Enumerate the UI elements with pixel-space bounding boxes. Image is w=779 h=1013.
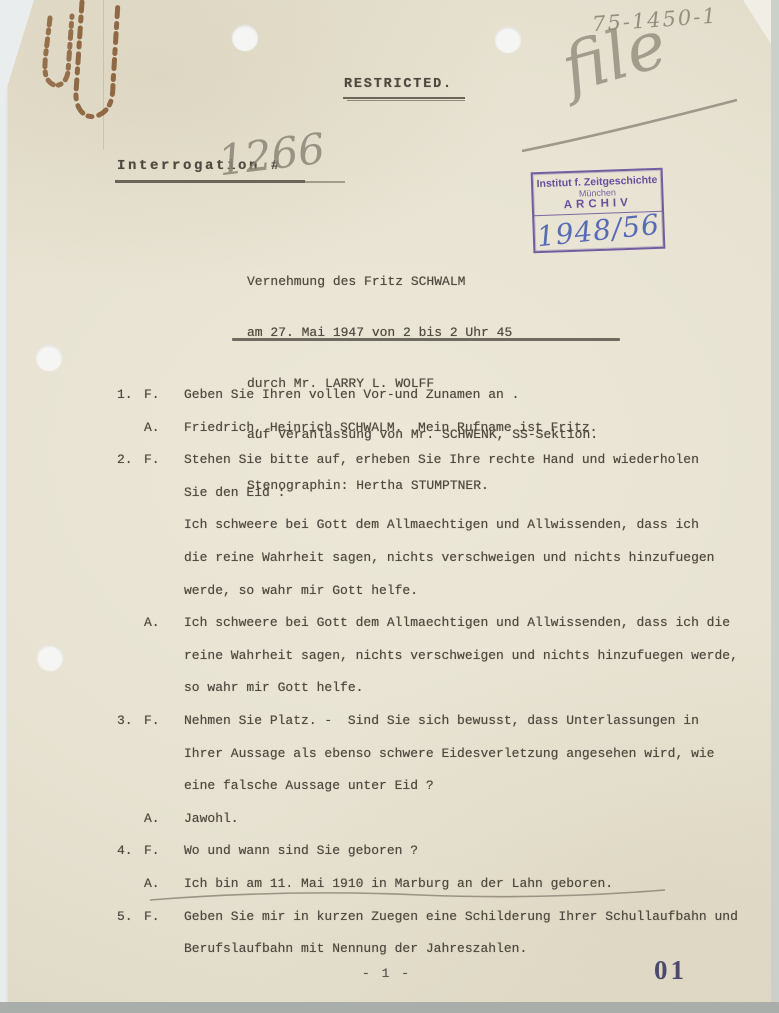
question-number: 2.: [117, 452, 133, 467]
qa-row: werde, so wahr mir Gott helfe.: [0, 577, 779, 610]
header-divider: [232, 338, 620, 341]
line-text: Friedrich, Heinrich SCHWALM. Mein Rufnam…: [184, 420, 597, 435]
qa-row: A.Ich bin am 11. Mai 1910 in Marburg an …: [0, 870, 779, 903]
qa-row: 2.F.Stehen Sie bitte auf, erheben Sie Ih…: [0, 446, 779, 479]
qa-row: eine falsche Aussage unter Eid ?: [0, 772, 779, 805]
qa-row: Ihrer Aussage als ebenso schwere Eidesve…: [0, 740, 779, 773]
qa-row: 5.F.Geben Sie mir in kurzen Zuegen eine …: [0, 903, 779, 936]
line-text: eine falsche Aussage unter Eid ?: [184, 778, 434, 793]
speaker-label: A.: [144, 615, 160, 630]
punch-hole-side-upper: [36, 345, 62, 371]
speaker-label: F.: [144, 713, 160, 728]
scan-background: RESTRICTED. 75-1450-1 file Interrogation…: [0, 0, 779, 1013]
interrogation-underline: [115, 180, 305, 183]
question-number: 3.: [117, 713, 133, 728]
speaker-label: A.: [144, 811, 160, 826]
line-text: Geben Sie Ihren vollen Vor-und Zunamen a…: [184, 387, 519, 402]
classification-underline: [343, 97, 465, 99]
qa-row: A.Ich schweere bei Gott dem Allmaechtige…: [0, 609, 779, 642]
question-number: 4.: [117, 843, 133, 858]
line-text: Jawohl.: [184, 811, 239, 826]
speaker-label: F.: [144, 452, 160, 467]
qa-row: reine Wahrheit sagen, nichts verschweige…: [0, 642, 779, 675]
case-header-line: Vernehmung des Fritz SCHWALM: [247, 273, 598, 290]
qa-row: 3.F.Nehmen Sie Platz. - Sind Sie sich be…: [0, 707, 779, 740]
speaker-label: F.: [144, 387, 160, 402]
page-stamp-number: 01: [654, 955, 687, 986]
speaker-label: F.: [144, 843, 160, 858]
line-text: die reine Wahrheit sagen, nichts verschw…: [184, 550, 715, 565]
classification-header: RESTRICTED.: [344, 77, 453, 92]
line-text: Geben Sie mir in kurzen Zuegen eine Schi…: [184, 909, 738, 924]
qa-row: A.Jawohl.: [0, 805, 779, 838]
line-text: Ich bin am 11. Mai 1910 in Marburg an de…: [184, 876, 613, 891]
line-text: so wahr mir Gott helfe.: [184, 680, 363, 695]
line-text: Ich schweere bei Gott dem Allmaechtigen …: [184, 517, 699, 532]
line-text: reine Wahrheit sagen, nichts verschweige…: [184, 648, 738, 663]
qa-row: Sie den Eid :: [0, 479, 779, 512]
fold-crease: [103, 0, 104, 150]
line-text: Ihrer Aussage als ebenso schwere Eidesve…: [184, 746, 715, 761]
line-text: Nehmen Sie Platz. - Sind Sie sich bewuss…: [184, 713, 699, 728]
page-number: - 1 -: [362, 966, 411, 981]
interrogation-underline-2: [300, 181, 345, 183]
line-text: Stehen Sie bitte auf, erheben Sie Ihre r…: [184, 452, 699, 467]
line-text: Wo und wann sind Sie geboren ?: [184, 843, 418, 858]
punch-hole-top-left: [232, 25, 258, 51]
scanner-edge: [0, 1002, 779, 1013]
speaker-label: F.: [144, 909, 160, 924]
qa-row: 4.F.Wo und wann sind Sie geboren ?: [0, 837, 779, 870]
qa-row: Ich schweere bei Gott dem Allmaechtigen …: [0, 511, 779, 544]
line-text: Sie den Eid :: [184, 485, 285, 500]
line-text: werde, so wahr mir Gott helfe.: [184, 583, 418, 598]
qa-list: 1.F.Geben Sie Ihren vollen Vor-und Zunam…: [0, 381, 779, 968]
punch-hole-top-right: [495, 27, 521, 53]
classification-underline-2: [347, 100, 465, 101]
question-number: 5.: [117, 909, 133, 924]
line-text: Ich schweere bei Gott dem Allmaechtigen …: [184, 615, 730, 630]
speaker-label: A.: [144, 420, 160, 435]
line-text: Berufslaufbahn mit Nennung der Jahreszah…: [184, 941, 527, 956]
paperclip-mark-icon: [20, 0, 150, 140]
speaker-label: A.: [144, 876, 160, 891]
qa-row: A.Friedrich, Heinrich SCHWALM. Mein Rufn…: [0, 414, 779, 447]
qa-row: die reine Wahrheit sagen, nichts verschw…: [0, 544, 779, 577]
question-number: 1.: [117, 387, 133, 402]
qa-row: so wahr mir Gott helfe.: [0, 674, 779, 707]
qa-row: 1.F.Geben Sie Ihren vollen Vor-und Zunam…: [0, 381, 779, 414]
